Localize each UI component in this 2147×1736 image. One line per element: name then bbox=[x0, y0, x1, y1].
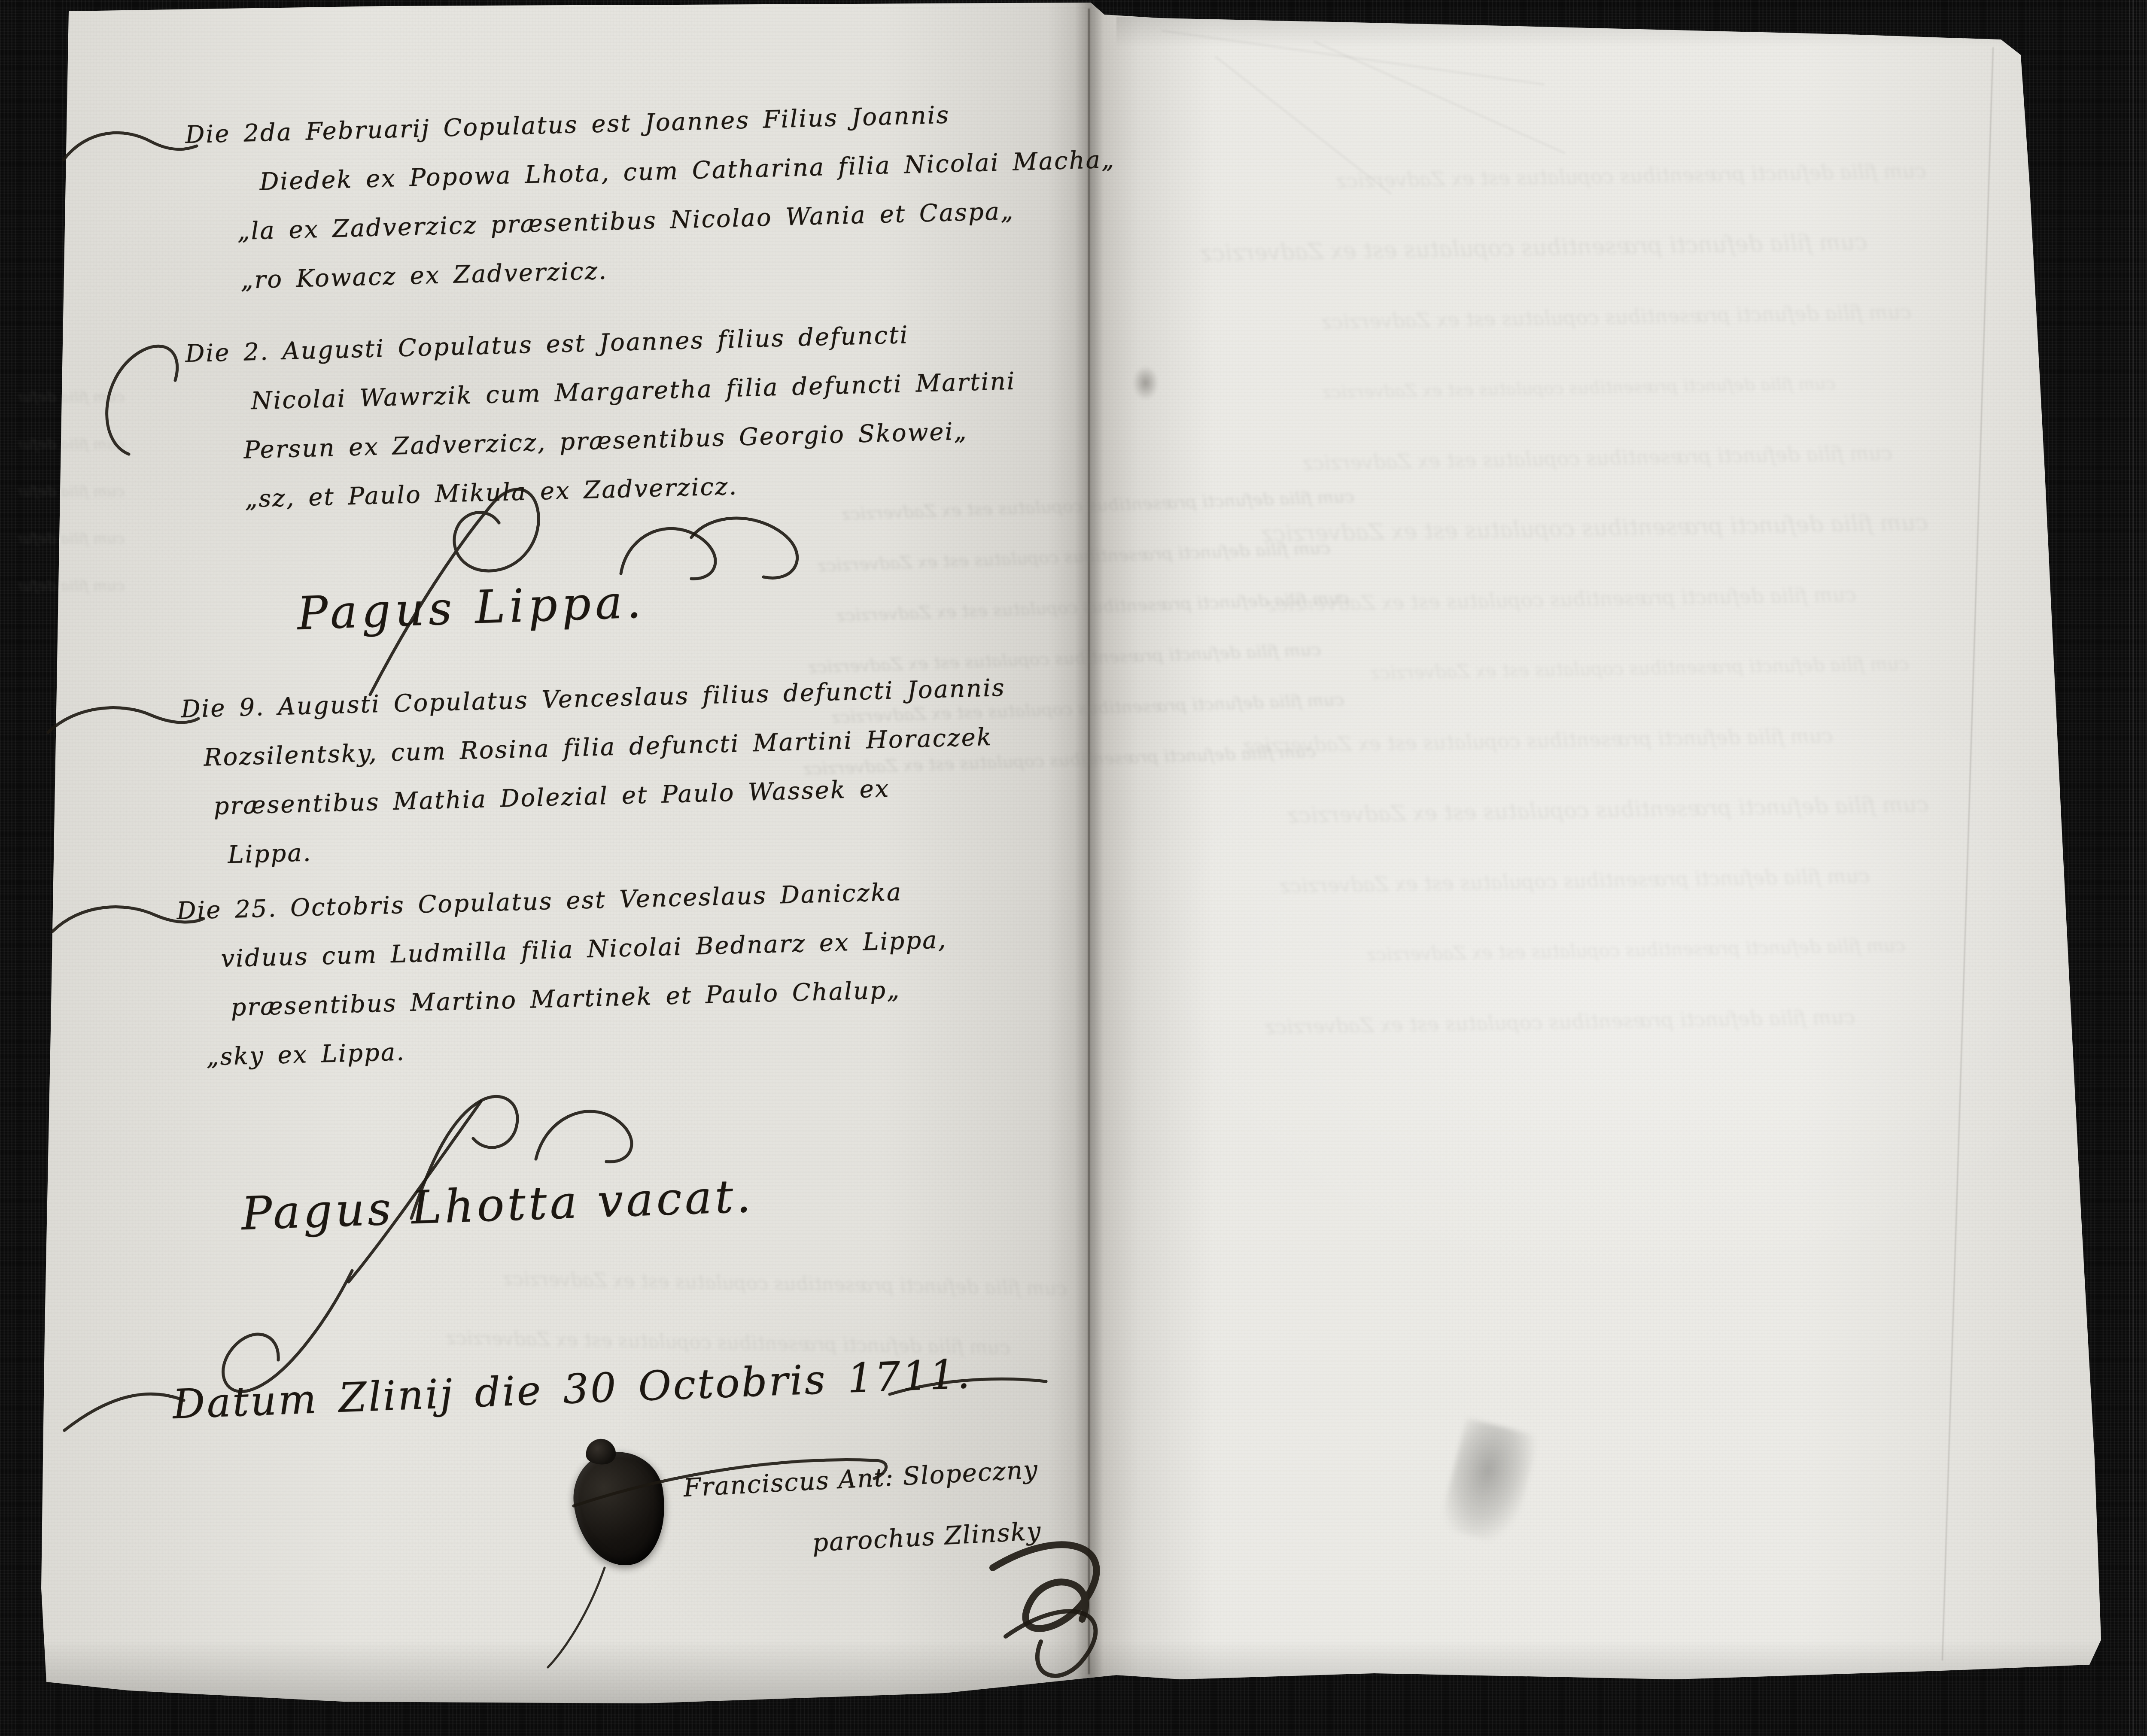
register-scan: cum filia defuncti præsentibus copulatus… bbox=[0, 0, 2147, 1736]
marriage-entry-august-zadverzicz: Die 2. Augusti Copulatus est Joannes fil… bbox=[185, 308, 1019, 525]
bleedthrough-text: cum filia defuncti præsentibus copulatus… bbox=[1199, 135, 1942, 1063]
backdrop-cloth-band bbox=[2129, 0, 2147, 1736]
marriage-entry-october-lippa: Die 25. Octobris Copulatus est Venceslau… bbox=[176, 867, 950, 1083]
bleedthrough-text: cum filia defuncti præsentibus copulatus… bbox=[17, 373, 125, 610]
marriage-entry-august-lippa: Die 9. Augusti Copulatus Venceslaus fili… bbox=[180, 664, 1010, 881]
marriage-entry-february: Die 2da Februarij Copulatus est Joannes … bbox=[185, 86, 1118, 306]
gutter-ink-smudge bbox=[1133, 366, 1159, 400]
bottom-edge-shadow bbox=[39, 1640, 2104, 1704]
